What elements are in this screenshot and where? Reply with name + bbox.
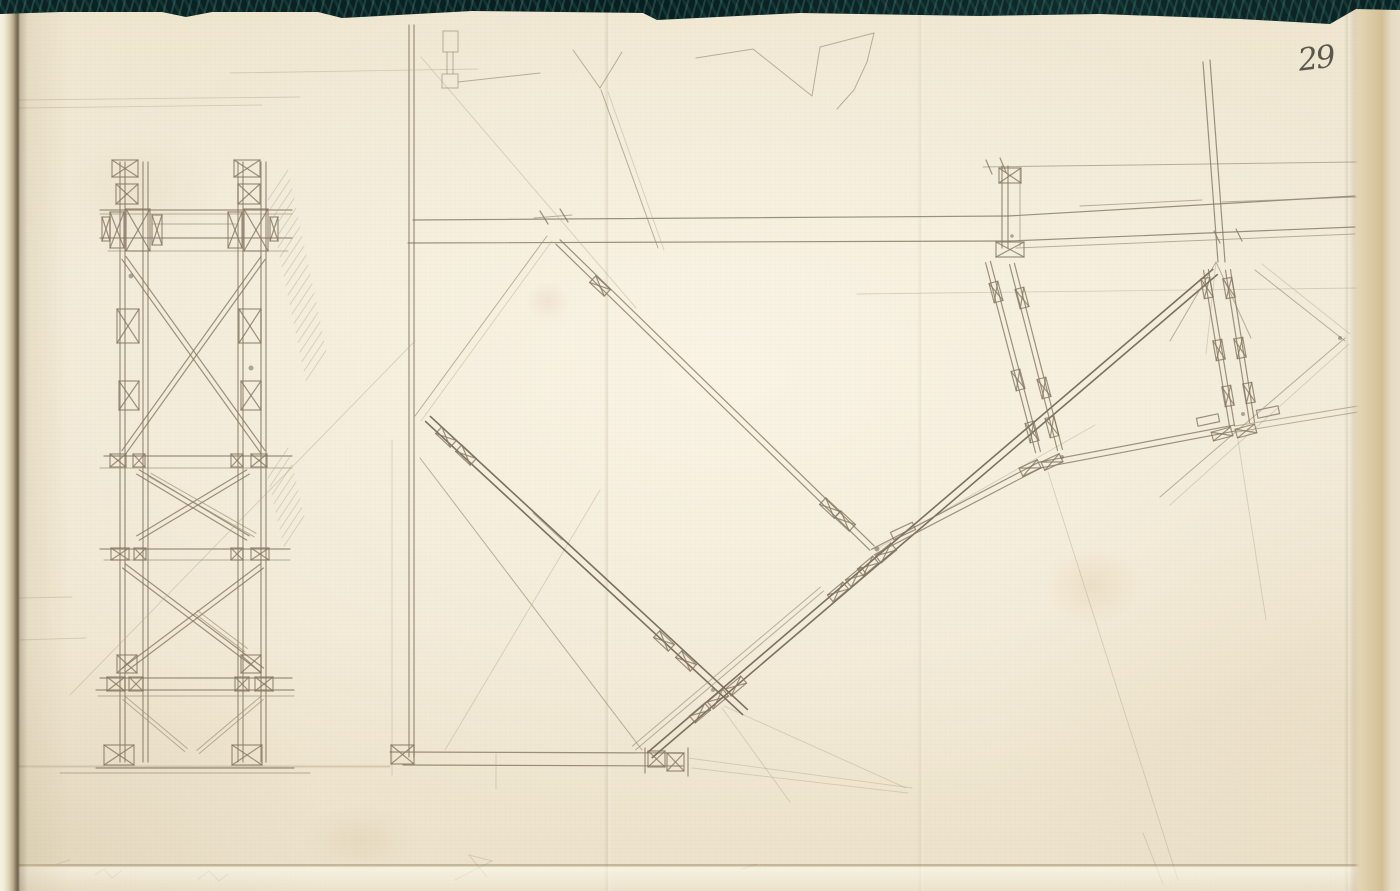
- splice-plate: [1041, 454, 1063, 471]
- crossed-connection-box: [119, 381, 139, 410]
- margin-scribbles: [57, 833, 1163, 884]
- crossed-connection-box: [152, 215, 162, 245]
- crossed-connection-box: [239, 309, 261, 343]
- notebook-photo: 29: [0, 0, 1400, 891]
- crossed-connection-box: [235, 677, 249, 691]
- splice-plate: [835, 511, 856, 531]
- crossed-connection-box: [116, 184, 138, 204]
- crossed-connection-box: [231, 548, 243, 560]
- page-number-label: 29: [1296, 37, 1348, 92]
- crossed-connection-box: [232, 745, 262, 765]
- crossed-connection-box: [107, 677, 125, 691]
- splice-plate: [654, 631, 675, 651]
- pencil-sketch-of-timber-trestle-framing: [0, 0, 1400, 891]
- crossed-connection-box: [238, 184, 260, 204]
- crossed-connection-box: [391, 745, 414, 764]
- crossed-connection-box: [996, 242, 1024, 257]
- splice-plate: [456, 445, 477, 465]
- crossed-connection-box: [104, 745, 134, 765]
- crossed-connection-box: [110, 212, 124, 248]
- splice-plate: [689, 703, 710, 723]
- central-bracing-plan: [18, 25, 1358, 880]
- right-bracing-sketch: [1160, 60, 1350, 505]
- splice-plate: [725, 676, 746, 696]
- crossed-connection-box: [129, 677, 143, 691]
- crossed-connection-box: [126, 209, 150, 251]
- torn-edge-line: [1379, 0, 1391, 891]
- crossed-connection-box: [228, 212, 242, 248]
- splice-plate: [1196, 414, 1219, 426]
- left-trestle-tower-elevation: [18, 160, 390, 773]
- crossed-connection-box: [241, 381, 261, 410]
- crossed-connection-box: [667, 753, 684, 771]
- crossed-connection-box: [134, 548, 146, 560]
- splice-plate: [1235, 424, 1257, 438]
- crossed-connection-box: [244, 209, 268, 251]
- splice-plate: [676, 651, 697, 671]
- crossed-connection-box: [255, 677, 273, 691]
